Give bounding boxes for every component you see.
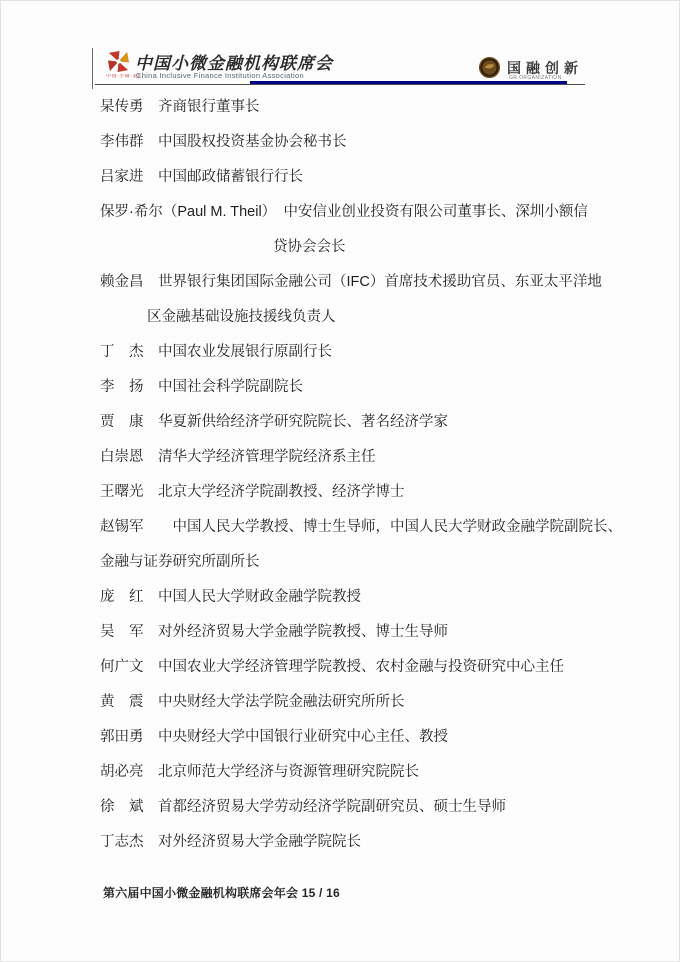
attendee-title: 清华大学经济管理学院经济系主任 bbox=[158, 449, 376, 465]
attendee-title: 首都经济贸易大学劳动经济学院副研究员、硕士生导师 bbox=[158, 799, 506, 815]
attendee-title: 齐商银行董事长 bbox=[158, 99, 260, 115]
attendee-name: 李伟群 bbox=[100, 134, 144, 150]
attendee-name: 赖金昌 bbox=[100, 274, 144, 290]
page-footer-text: 第六届中国小微金融机构联席会年会 15 / 16 bbox=[103, 884, 340, 901]
attendee-title: 中国农业大学经济管理学院教授、农村金融与投资研究中心主任 bbox=[158, 659, 564, 675]
list-line: 何广文 中国农业大学经济管理学院教授、农村金融与投资研究中心主任 bbox=[100, 650, 600, 685]
list-line: 金融与证券研究所副所长 bbox=[100, 545, 600, 580]
attendee-name: 丁 杰 bbox=[100, 344, 144, 360]
list-line: 贾 康 华夏新供给经济学研究院院长、著名经济学家 bbox=[100, 405, 600, 440]
list-line: 胡必亮 北京师范大学经济与资源管理研究院院长 bbox=[100, 755, 600, 790]
list-line: 杲传勇 齐商银行董事长 bbox=[100, 90, 600, 125]
attendee-title: 北京师范大学经济与资源管理研究院院长 bbox=[158, 764, 419, 780]
list-line: 赵锡军 中国人民大学教授、博士生导师，中国人民大学财政金融学院副院长、 bbox=[100, 510, 600, 545]
attendee-title: 中国人民大学财政金融学院教授 bbox=[158, 589, 361, 605]
attendee-name: 徐 斌 bbox=[100, 799, 144, 815]
attendee-title: 对外经济贸易大学金融学院教授、博士生导师 bbox=[158, 624, 448, 640]
list-line: 李 扬 中国社会科学院副院长 bbox=[100, 370, 600, 405]
attendee-title: 华夏新供给经济学研究院院长、著名经济学家 bbox=[158, 414, 448, 430]
list-line: 郭田勇 中央财经大学中国银行业研究中心主任、教授 bbox=[100, 720, 600, 755]
attendee-name: 赵锡军 bbox=[100, 519, 144, 535]
attendee-title: 中国农业发展银行原副行长 bbox=[158, 344, 332, 360]
attendee-name: 白崇恩 bbox=[100, 449, 144, 465]
attendee-name: 丁志杰 bbox=[100, 834, 144, 850]
attendee-title: 中国股权投资基金协会秘书长 bbox=[158, 134, 347, 150]
attendee-name: 贾 康 bbox=[100, 414, 144, 430]
attendee-title-continuation: 金融与证券研究所副所长 bbox=[100, 554, 260, 570]
list-line: 区金融基础设施技援线负责人 bbox=[100, 300, 600, 335]
attendee-name: 吕家进 bbox=[100, 169, 144, 185]
left-logo-caption: 中国·小微·金融 bbox=[106, 74, 140, 79]
list-line: 徐 斌 首都经济贸易大学劳动经济学院副研究员、硕士生导师 bbox=[100, 790, 600, 825]
list-line: 李伟群 中国股权投资基金协会秘书长 bbox=[100, 125, 600, 160]
attendee-title: 中央财经大学中国银行业研究中心主任、教授 bbox=[158, 729, 448, 745]
attendee-title: 中安信业创业投资有限公司董事长、深圳小额信 bbox=[283, 204, 588, 220]
attendee-name: 庞 红 bbox=[100, 589, 144, 605]
attendee-title-continuation: 贷协会会长 bbox=[273, 239, 346, 255]
header-rule bbox=[95, 84, 585, 85]
attendee-name: 吴 军 bbox=[100, 624, 144, 640]
attendee-title: 中国社会科学院副院长 bbox=[158, 379, 303, 395]
document-page: 中国·小微·金融 中国小微金融机构联席会 China Inclusive Fin… bbox=[0, 0, 680, 962]
attendee-title-continuation: 区金融基础设施技援线负责人 bbox=[147, 309, 336, 325]
attendee-name: 黄 震 bbox=[100, 694, 144, 710]
attendee-title: 北京大学经济学院副教授、经济学博士 bbox=[158, 484, 405, 500]
list-line: 丁志杰 对外经济贸易大学金融学院院长 bbox=[100, 825, 600, 860]
attendee-title: 中国邮政储蓄银行行长 bbox=[158, 169, 303, 185]
list-line: 贷协会会长 bbox=[100, 230, 600, 265]
list-line: 吴 军 对外经济贸易大学金融学院教授、博士生导师 bbox=[100, 615, 600, 650]
attendee-title: 中国人民大学教授、博士生导师，中国人民大学财政金融学院副院长、 bbox=[173, 519, 623, 535]
list-line: 黄 震 中央财经大学法学院金融法研究所所长 bbox=[100, 685, 600, 720]
attendee-name: 何广文 bbox=[100, 659, 144, 675]
list-line: 丁 杰 中国农业发展银行原副行长 bbox=[100, 335, 600, 370]
list-line: 王曙光 北京大学经济学院副教授、经济学博士 bbox=[100, 475, 600, 510]
left-logo-subtitle: China Inclusive Finance Institution Asso… bbox=[136, 71, 304, 80]
list-line: 保罗·希尔（Paul M. Theil） 中安信业创业投资有限公司董事长、深圳小… bbox=[100, 195, 600, 230]
list-line: 庞 红 中国人民大学财政金融学院教授 bbox=[100, 580, 600, 615]
attendee-name: 胡必亮 bbox=[100, 764, 144, 780]
list-line: 吕家进 中国邮政储蓄银行行长 bbox=[100, 160, 600, 195]
attendee-name: 王曙光 bbox=[100, 484, 144, 500]
attendee-name: 保罗·希尔（Paul M. Theil） bbox=[100, 204, 269, 220]
attendee-name: 郭田勇 bbox=[100, 729, 144, 745]
attendee-title: 中央财经大学法学院金融法研究所所长 bbox=[158, 694, 405, 710]
attendee-name: 李 扬 bbox=[100, 379, 144, 395]
attendee-title: 世界银行集团国际金融公司（IFC）首席技术援助官员、东亚太平洋地 bbox=[158, 274, 602, 290]
attendee-title: 对外经济贸易大学金融学院院长 bbox=[158, 834, 361, 850]
coin-logo-icon bbox=[478, 56, 501, 79]
list-line: 赖金昌 世界银行集团国际金融公司（IFC）首席技术援助官员、东亚太平洋地 bbox=[100, 265, 600, 300]
list-line: 白崇恩 清华大学经济管理学院经济系主任 bbox=[100, 440, 600, 475]
pinwheel-logo-icon bbox=[107, 50, 130, 73]
attendee-list: 杲传勇 齐商银行董事长李伟群 中国股权投资基金协会秘书长吕家进 中国邮政储蓄银行… bbox=[100, 90, 600, 860]
attendee-name: 杲传勇 bbox=[100, 99, 144, 115]
scan-artifact-line bbox=[92, 48, 93, 89]
